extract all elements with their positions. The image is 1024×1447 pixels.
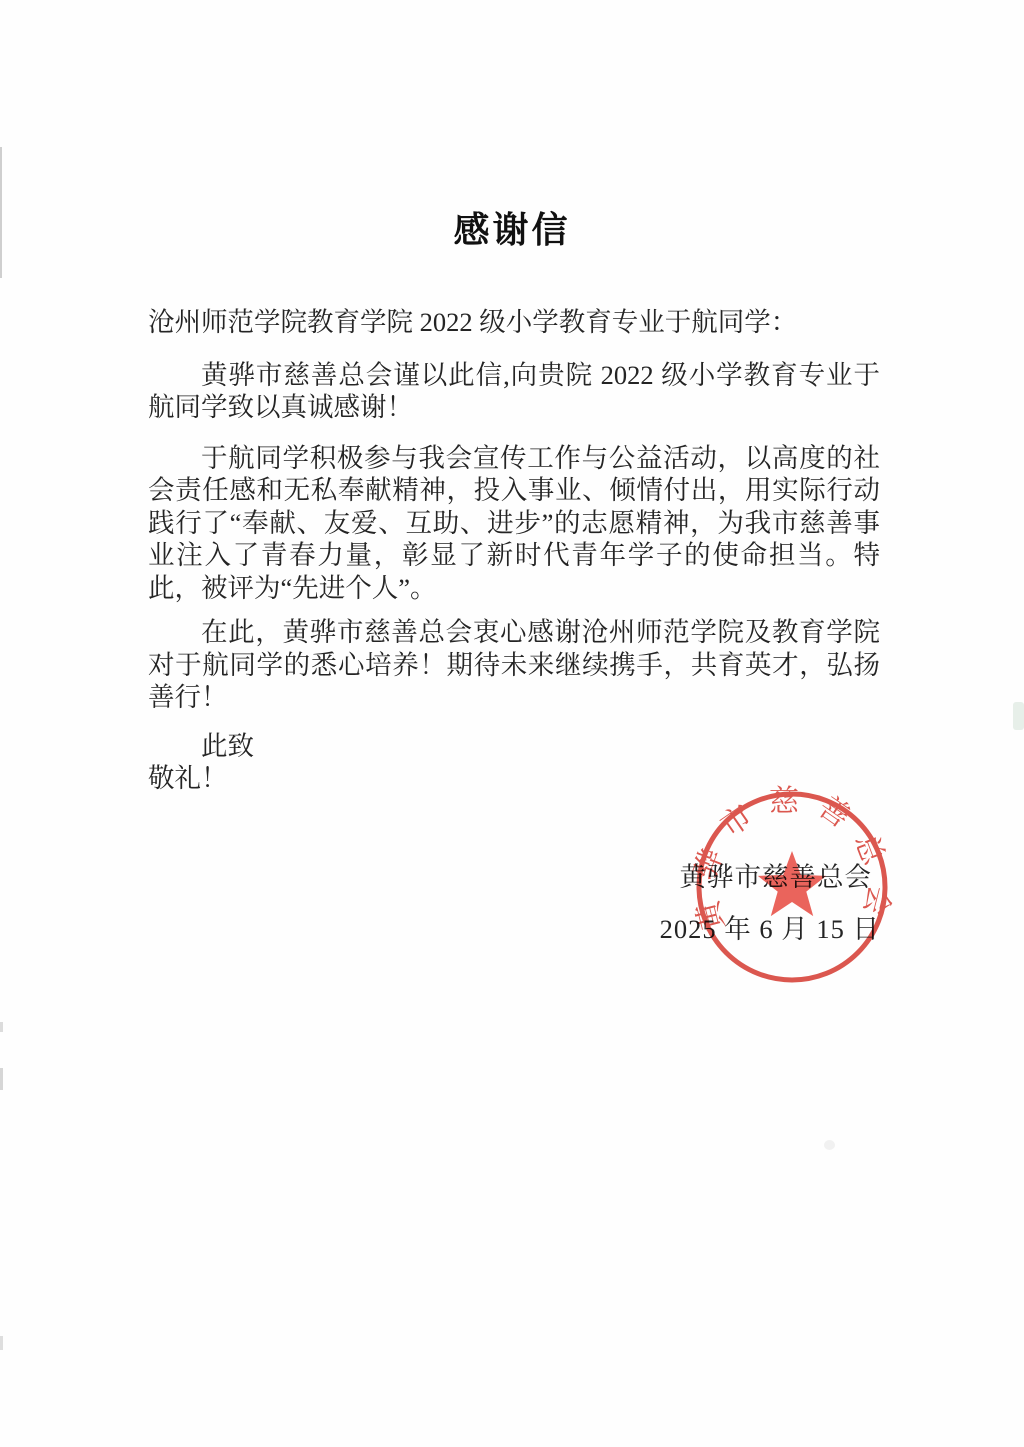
letter-title: 感谢信	[0, 202, 1024, 253]
paragraph-gratitude: 在此，黄骅市慈善总会衷心感谢沧州师范学院及教育学院对于航同学的悉心培养！期待未来…	[148, 616, 880, 714]
salutation-line: 沧州师范学院教育学院 2022 级小学教育专业于航同学：	[148, 306, 880, 339]
scan-artifact-left-mark-3	[0, 1336, 3, 1350]
scan-artifact-right-edge-mark	[1013, 702, 1024, 730]
paragraph-commendation: 于航同学积极参与我会宣传工作与公益活动，以高度的社会责任感和无私奉献精神，投入事…	[148, 442, 880, 605]
seal-star-icon	[758, 851, 826, 916]
closing-cizhi: 此致	[148, 730, 880, 763]
official-seal-stamp: 黄骅市慈善总会	[682, 777, 902, 997]
paragraph-intro: 黄骅市慈善总会谨以此信,向贵院 2022 级小学教育专业于航同学致以真诚感谢！	[148, 359, 880, 424]
scan-artifact-left-mark-2	[0, 1068, 3, 1090]
scan-artifact-faint-dot	[824, 1140, 835, 1150]
scan-artifact-left-mark-1	[0, 1022, 3, 1032]
scan-artifact-left-edge-line	[0, 147, 2, 278]
scanned-letter-page: 感谢信 沧州师范学院教育学院 2022 级小学教育专业于航同学： 黄骅市慈善总会…	[0, 0, 1024, 1447]
